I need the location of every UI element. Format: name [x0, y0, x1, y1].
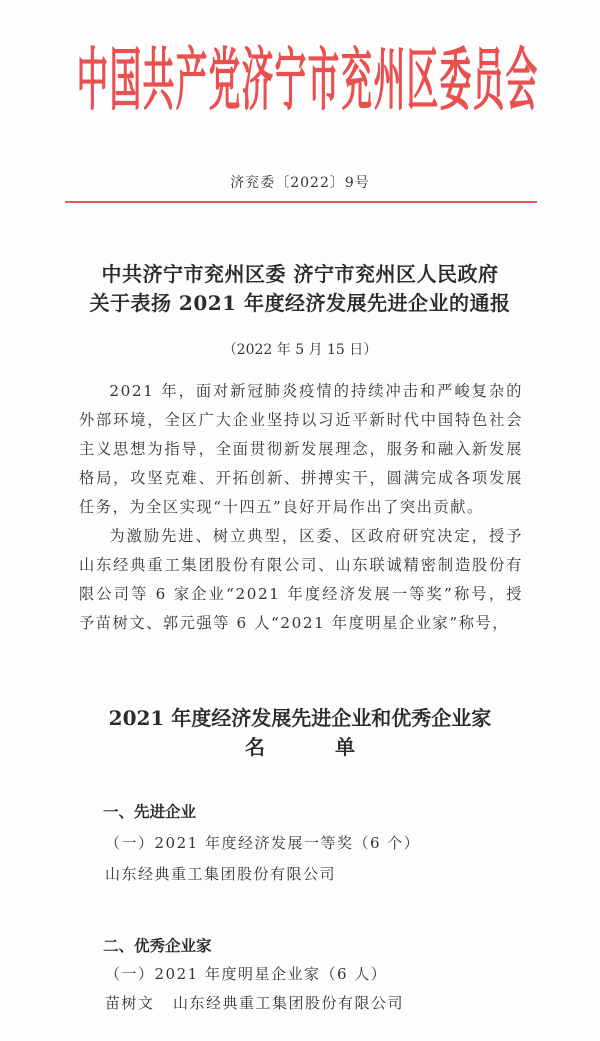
- list-title-line-2: 名单: [0, 731, 600, 760]
- notice-title-line-2: 关于表扬 2021 年度经济发展先进企业的通报: [0, 287, 600, 316]
- masthead-char: 市: [308, 23, 332, 141]
- masthead-issuer: 中 国 共 产 党 济 宁 市 兖 州 区 委 员 会: [72, 42, 528, 122]
- list-title-char-a: 名: [245, 735, 265, 759]
- document-page: 中 国 共 产 党 济 宁 市 兖 州 区 委 员 会 济兖委〔2022〕9号 …: [0, 0, 600, 1041]
- masthead-char: 济: [242, 23, 266, 141]
- notice-date: （2022 年 5 月 15 日）: [0, 339, 600, 359]
- masthead-char: 区: [407, 23, 431, 141]
- masthead-char: 员: [473, 23, 497, 141]
- masthead-char: 党: [209, 23, 233, 141]
- subsection-heading-first-prize: （一）2021 年度经济发展一等奖（6 个）: [105, 832, 420, 853]
- masthead-char: 宁: [275, 23, 299, 141]
- masthead-char: 兖: [341, 23, 365, 141]
- section-heading-entrepreneurs: 二、优秀企业家: [103, 934, 212, 956]
- list-item-entrepreneur: 苗树文山东经典重工集团股份有限公司: [105, 992, 404, 1013]
- subsection-heading-star-entrepreneur: （一）2021 年度明星企业家（6 人）: [105, 963, 387, 984]
- company-name: 山东经典重工集团股份有限公司: [173, 994, 404, 1012]
- person-name: 苗树文: [105, 992, 173, 1013]
- masthead-char: 会: [506, 23, 530, 141]
- list-title-char-b: 单: [335, 735, 355, 759]
- masthead-char: 州: [374, 23, 398, 141]
- list-item-enterprise: 山东经典重工集团股份有限公司: [105, 863, 336, 884]
- masthead-char: 共: [143, 23, 167, 141]
- body-paragraph-1: 2021 年，面对新冠肺炎疫情的持续冲击和严峻复杂的外部环境，全区广大企业坚持以…: [79, 377, 523, 522]
- body-paragraph-2: 为激励先进、树立典型，区委、区政府研究决定，授予山东经典重工集团股份有限公司、山…: [79, 522, 523, 638]
- document-number: 济兖委〔2022〕9号: [0, 172, 600, 192]
- section-heading-enterprises: 一、先进企业: [103, 800, 196, 822]
- company-name: 山东经典重工集团股份有限公司: [105, 865, 336, 883]
- masthead-char: 国: [110, 23, 134, 141]
- masthead-char: 中: [77, 23, 101, 141]
- masthead-char: 产: [176, 23, 200, 141]
- notice-title-line-1: 中共济宁市兖州区委 济宁市兖州区人民政府: [0, 258, 600, 287]
- list-title-line-1: 2021 年度经济发展先进企业和优秀企业家: [0, 702, 600, 731]
- masthead-char: 委: [440, 23, 464, 141]
- red-divider: [65, 201, 537, 203]
